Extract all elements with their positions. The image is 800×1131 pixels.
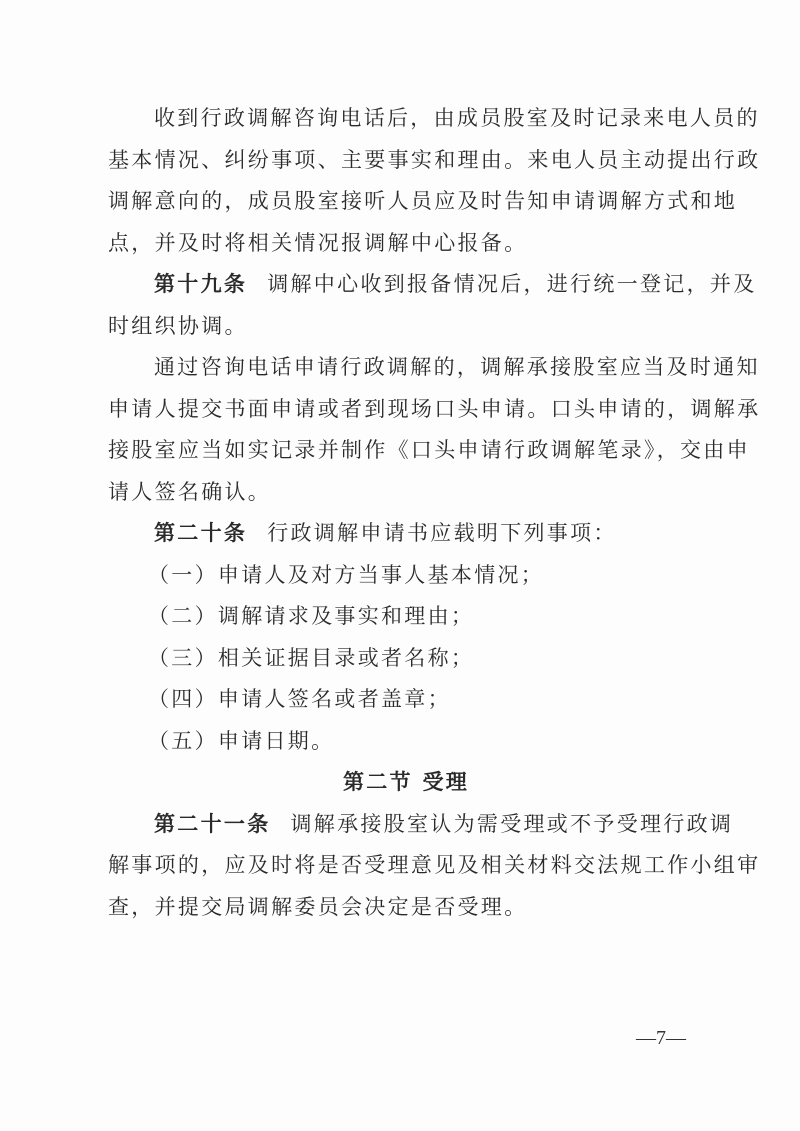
paragraph-line: 基本情况、纠纷事项、主要事实和理由。来电人员主动提出行政 <box>108 140 704 182</box>
section-title: 第二节 受理 <box>108 762 704 804</box>
article-21-line: 第二十一条调解承接股室认为需受理或不予受理行政调 <box>108 804 704 846</box>
paragraph-line: 接股室应当如实记录并制作《口头申请行政调解笔录》，交由申 <box>108 430 704 472</box>
paragraph-line: 查，并提交局调解委员会决定是否受理。 <box>108 887 704 929</box>
list-item: （二）调解请求及事实和理由； <box>108 596 704 638</box>
list-item: （三）相关证据目录或者名称； <box>108 638 704 680</box>
list-item: （四）申请人签名或者盖章； <box>108 679 704 721</box>
article-heading: 第二十条 <box>154 521 247 545</box>
article-19-line: 第十九条调解中心收到报备情况后，进行统一登记，并及 <box>108 264 704 306</box>
article-text: 调解承接股室认为需受理或不予受理行政调 <box>291 812 734 836</box>
article-text: 行政调解申请书应载明下列事项： <box>267 521 617 545</box>
article-heading: 第二十一条 <box>154 812 271 836</box>
list-item: （一）申请人及对方当事人基本情况； <box>108 555 704 597</box>
paragraph-line: 请人签名确认。 <box>108 472 704 514</box>
list-item: （五）申请日期。 <box>108 721 704 763</box>
document-page: 收到行政调解咨询电话后，由成员股室及时记录来电人员的 基本情况、纠纷事项、主要事… <box>108 98 704 928</box>
paragraph-line: 解事项的，应及时将是否受理意见及相关材料交法规工作小组审 <box>108 845 704 887</box>
page-number: —7— <box>636 1027 686 1050</box>
article-text: 调解中心收到报备情况后，进行统一登记，并及 <box>267 272 756 296</box>
paragraph-line: 收到行政调解咨询电话后，由成员股室及时记录来电人员的 <box>108 98 704 140</box>
paragraph-line: 调解意向的，成员股室接听人员应及时告知申请调解方式和地 <box>108 181 704 223</box>
article-20-line: 第二十条行政调解申请书应载明下列事项： <box>108 513 704 555</box>
paragraph-line: 通过咨询电话申请行政调解的，调解承接股室应当及时通知 <box>108 347 704 389</box>
paragraph-line: 点，并及时将相关情况报调解中心报备。 <box>108 223 704 265</box>
paragraph-line: 申请人提交书面申请或者到现场口头申请。口头申请的，调解承 <box>108 389 704 431</box>
paragraph-line: 时组织协调。 <box>108 306 704 348</box>
article-heading: 第十九条 <box>154 272 247 296</box>
